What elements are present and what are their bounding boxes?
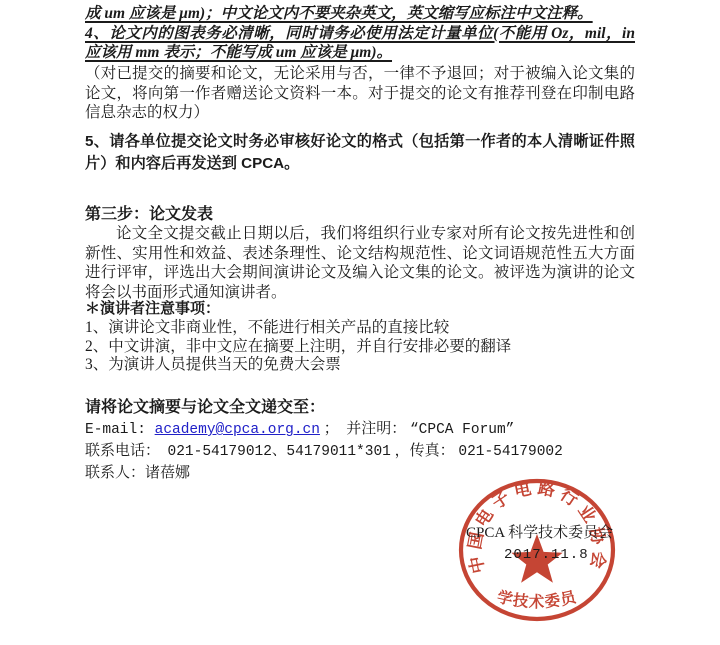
email-label: E-mail:	[85, 422, 155, 438]
note-item-4: 4、论文内的图表务必清晰，同时请务必使用法定计量单位(不能用 Oz，mil，in…	[85, 24, 635, 63]
signature-org: CPCA 科学技术委员会	[466, 521, 613, 542]
email-line: E-mail: academy@cpca.org.cn ； 并注明： “CPCA…	[85, 420, 635, 441]
fax-separator: ，传真：	[391, 443, 459, 459]
submission-heading: 请将论文摘要与论文全文递交至：	[85, 398, 635, 418]
contact-name: 诸蓓娜	[145, 465, 190, 481]
return-policy-paragraph: （对已提交的摘要和论文，无论采用与否，一律不予退回；对于被编入论文集的论文，将向…	[85, 64, 635, 123]
note-continuation-line: 成 um 应该是 μm)；中文论文内不要夹杂英文，英文缩写应标注中文注释。	[85, 4, 635, 24]
step3-paragraph: 论文全文提交截止日期以后，我们将组织行业专家对所有论文按先进性和创新性、实用性和…	[85, 224, 635, 302]
document-page: 成 um 应该是 μm)；中文论文内不要夹杂英文，英文缩写应标注中文注释。 4、…	[0, 0, 720, 645]
speaker-note-3: 3、为演讲人员提供当天的免费大会票	[85, 355, 635, 375]
signature-date-value: 2017.11.8	[504, 547, 589, 563]
phone-line: 联系电话： 021-54179012、54179011*301 ，传真： 021…	[85, 442, 635, 463]
speaker-note-1: 1、演讲论文非商业性，不能进行相关产品的直接比较	[85, 318, 635, 338]
phone-numbers: 021-54179012、54179011*301	[168, 444, 391, 460]
email-link[interactable]: academy@cpca.org.cn	[155, 422, 320, 438]
phone-label: 联系电话：	[85, 443, 168, 459]
speaker-note-2: 2、中文讲演，非中文应在摘要上注明，并自行安排必要的翻译	[85, 337, 635, 357]
signature-date: 2017.11.8	[504, 545, 589, 563]
measurement-unit-notes: 成 um 应该是 μm)；中文论文内不要夹杂英文，英文缩写应标注中文注释。 4、…	[85, 4, 635, 63]
step3-heading: 第三步：论文发表	[85, 205, 635, 225]
email-note: “CPCA Forum”	[410, 422, 514, 438]
note-item-5: 5、请各单位提交论文时务必审核好论文的格式（包括第一作者的本人清晰证件照片）和内…	[85, 131, 635, 174]
speaker-notes-heading: ＊演讲者注意事项：	[85, 299, 635, 319]
fax-number: 021-54179002	[458, 444, 562, 460]
contact-label: 联系人：	[85, 465, 145, 481]
email-note-separator: ； 并注明：	[320, 421, 410, 437]
